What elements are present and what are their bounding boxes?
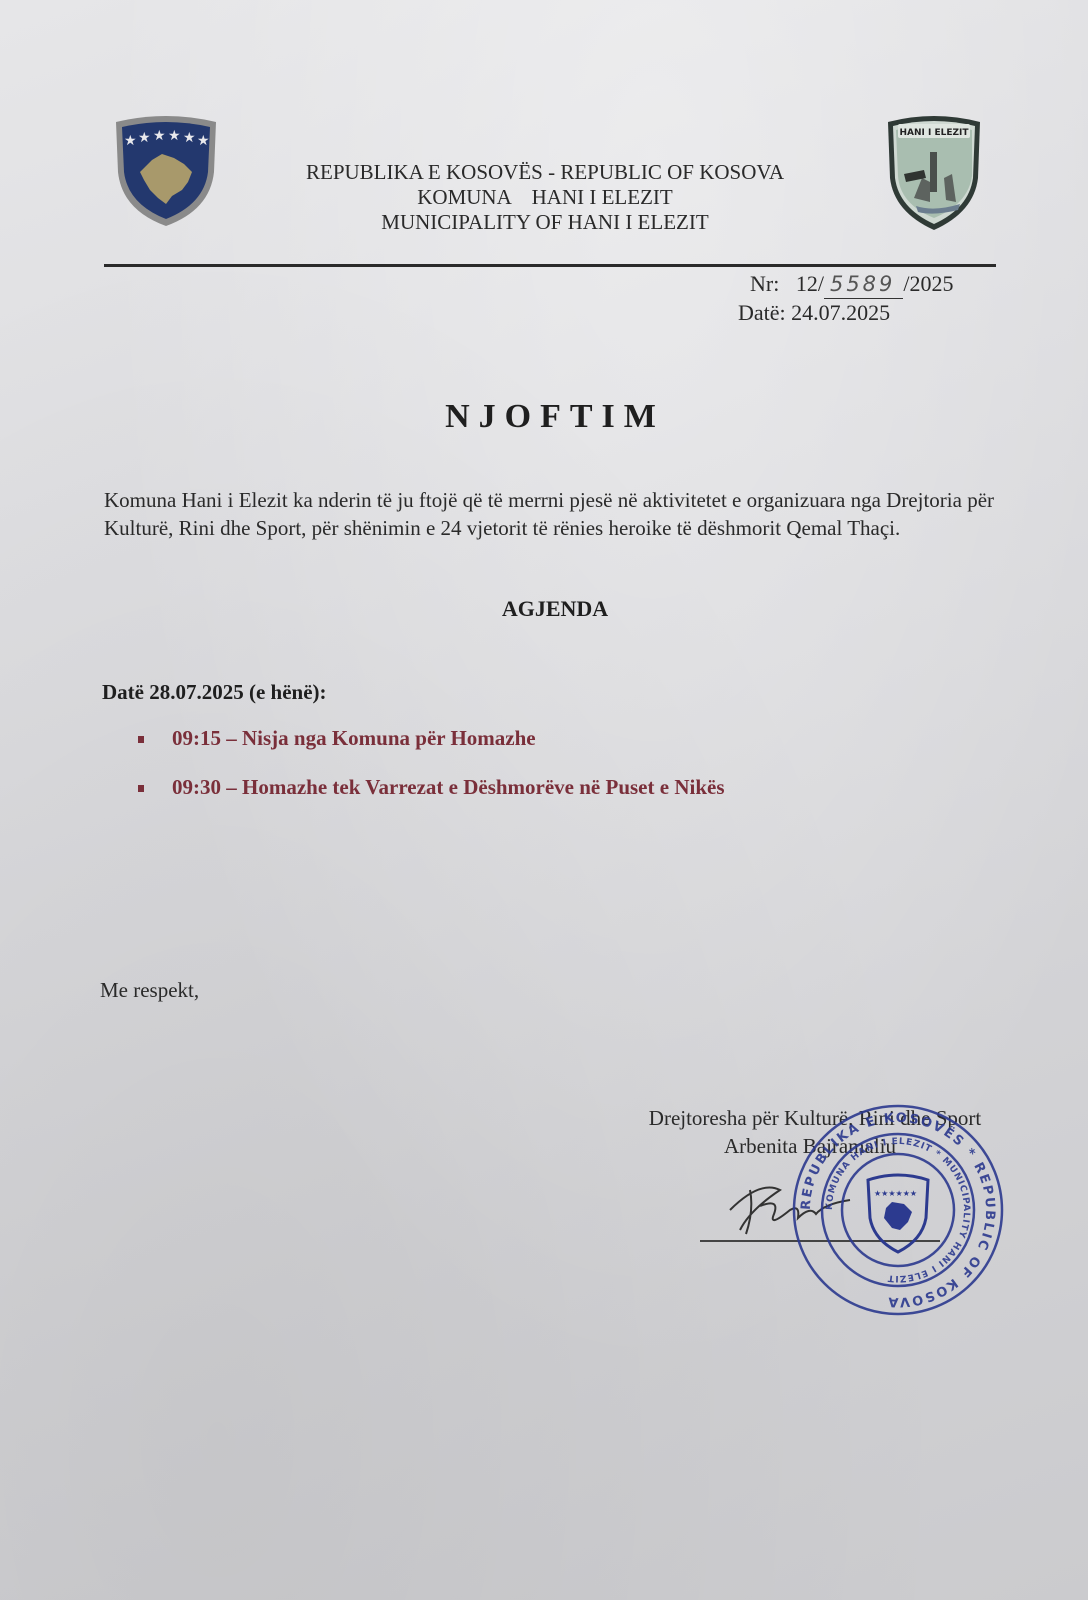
hani-i-elezit-emblem-icon: HANI I ELEZIT <box>880 112 988 232</box>
agenda-list: 09:15 – Nisja nga Komuna për Homazhe 09:… <box>138 726 725 824</box>
square-bullet-icon <box>138 785 144 792</box>
letterhead-line-3: MUNICIPALITY OF HANI I ELEZIT <box>280 210 810 235</box>
agenda-item: 09:15 – Nisja nga Komuna për Homazhe <box>138 726 725 751</box>
document-title: NJOFTIM <box>0 398 1088 436</box>
agenda-heading: AGJENDA <box>0 596 1088 622</box>
reference-number: Nr: 12/5589/2025 <box>750 270 954 299</box>
svg-text:★: ★ <box>183 130 196 146</box>
letterhead-line-2: KOMUNA HANI I ELEZIT <box>280 185 810 210</box>
square-bullet-icon <box>138 736 144 743</box>
agenda-date: Datë 28.07.2025 (e hënë): <box>102 680 327 705</box>
closing-salutation: Me respekt, <box>100 978 199 1003</box>
svg-text:★: ★ <box>124 133 137 149</box>
svg-text:★: ★ <box>168 128 181 144</box>
svg-text:★: ★ <box>138 130 151 146</box>
svg-text:★★★★★★: ★★★★★★ <box>874 1189 917 1198</box>
svg-text:★: ★ <box>197 133 210 149</box>
reference-block: Nr: 12/5589/2025 Datë: 24.07.2025 <box>750 270 954 327</box>
svg-text:★: ★ <box>153 128 166 144</box>
handwritten-number: 5589 <box>824 270 903 299</box>
body-paragraph: Komuna Hani i Elezit ka nderin të ju fto… <box>104 486 1004 542</box>
agenda-item: 09:30 – Homazhe tek Varrezat e Dëshmorëv… <box>138 775 725 800</box>
letterhead-line-1: REPUBLIKA E KOSOVËS - REPUBLIC OF KOSOVA <box>280 160 810 185</box>
emblem-label: HANI I ELEZIT <box>899 128 969 138</box>
reference-date: Datë: 24.07.2025 <box>738 299 954 327</box>
letterhead: REPUBLIKA E KOSOVËS - REPUBLIC OF KOSOVA… <box>280 160 810 235</box>
header-divider <box>104 264 996 267</box>
kosovo-coat-of-arms-icon: ★ ★ ★ ★ ★ ★ <box>110 112 222 230</box>
official-stamp-icon: REPUBLIKA E KOSOVËS * REPUBLIC OF KOSOVA… <box>788 1100 1008 1320</box>
